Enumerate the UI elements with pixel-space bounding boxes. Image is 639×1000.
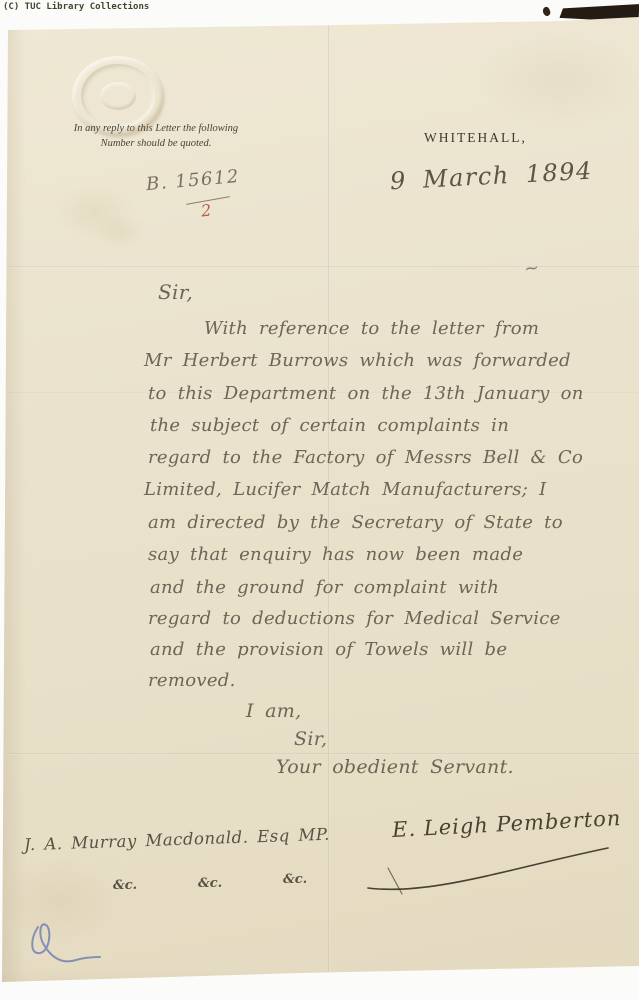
letterhead-place: WHITEHALL, — [424, 130, 527, 146]
letter-paper: In any reply to this Letter the followin… — [0, 0, 639, 1000]
body-line: and the provision of Towels will be — [150, 639, 507, 660]
body-line: to this Department on the 13th January o… — [148, 383, 584, 404]
reference-denominator: 2 — [200, 201, 212, 221]
closing-line: Sir, — [294, 728, 327, 750]
etc-mark: &c. — [198, 876, 222, 891]
etc-mark: &c. — [113, 878, 137, 893]
fold-line-horizontal-bottom — [8, 753, 639, 755]
body-line: With reference to the letter from — [204, 318, 539, 339]
body-line: Limited, Lucifer Match Manufacturers; I — [144, 479, 547, 500]
body-line: and the ground for complaint with — [150, 577, 499, 598]
etc-mark: &c. — [283, 872, 307, 887]
reference-number: B. 15612 — [145, 166, 240, 195]
body-line: regard to the Factory of Messrs Bell & C… — [148, 447, 583, 468]
closing-line: Your obedient Servant. — [276, 756, 514, 778]
scanned-letter: (C) TUC Library Collections In any reply… — [0, 0, 639, 1000]
body-line: say that enquiry has now been made — [148, 544, 523, 565]
body-line: removed. — [148, 670, 236, 691]
printed-instruction-line1: In any reply to this Letter the followin… — [58, 121, 254, 136]
closing-line: I am, — [246, 700, 301, 722]
scan-background-speck — [541, 6, 551, 17]
signature: E. Leigh Pemberton — [392, 806, 622, 842]
body-line: Mr Herbert Burrows which was forwarded — [144, 350, 571, 371]
blue-pencil-mark — [24, 913, 114, 973]
body-line: the subject of certain complaints in — [150, 415, 509, 436]
signature-flourish — [336, 838, 626, 903]
letter-date: 9 March 1894 — [389, 157, 593, 196]
addressee-name: J. A. Murray Macdonald. Esq MP. — [24, 825, 330, 855]
ink-squiggle: ~ — [523, 257, 541, 280]
fold-line-horizontal-top — [8, 266, 639, 268]
printed-instruction: In any reply to this Letter the followin… — [58, 121, 254, 151]
salutation: Sir, — [158, 280, 193, 304]
body-line: am directed by the Secretary of State to — [148, 512, 563, 533]
copyright-watermark: (C) TUC Library Collections — [3, 2, 149, 12]
body-line: regard to deductions for Medical Service — [148, 608, 561, 629]
printed-instruction-line2: Number should be quoted. — [58, 136, 254, 151]
